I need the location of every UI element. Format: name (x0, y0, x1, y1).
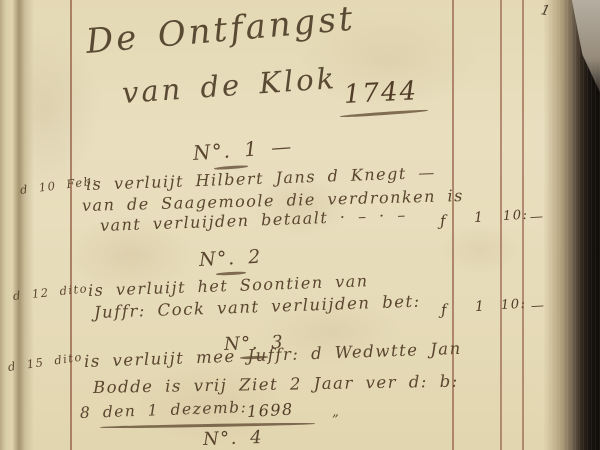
entry-1-amount-stuivers: 10: (503, 208, 529, 224)
title-line1: De Ontfangst (84, 0, 357, 62)
entry-3-line-3: 8 den 1 dezemb: (80, 398, 248, 422)
entry-2-number: N°. 2 (198, 246, 262, 271)
entry-2-amount-penningen: — (531, 298, 546, 314)
margin-rule-line (70, 0, 72, 450)
entry-1-amount-gulden: 1 (474, 209, 485, 226)
entry-3-underline (100, 422, 315, 428)
title-year-underline (340, 109, 428, 118)
entry-1-florin-sign: ƒ (440, 212, 448, 230)
entry-2-amount-gulden: 1 (475, 298, 486, 315)
entry-3-year: 1698 (247, 400, 295, 421)
title-line2: van de Klok (121, 61, 338, 110)
amount-column-line-2 (500, 0, 502, 450)
title-year: 1744 (343, 76, 419, 110)
entry-4-number: N°. 4 (203, 427, 264, 450)
entry-3-margin-mark: „ (332, 405, 341, 420)
page-gutter-fold (0, 0, 34, 450)
amount-column-line-3 (522, 0, 524, 450)
entry-3-line-2: Bodde is vrij Ziet 2 Jaar ver d: b: (93, 372, 459, 397)
entry-2-amount-stuivers: 10: (501, 297, 527, 313)
manuscript-page: 1 De Ontfangst van de Klok 1744 N°. 1 — … (0, 0, 600, 450)
entry-2-florin-sign: ƒ (441, 301, 449, 319)
entry-1-amount-penningen: — (530, 209, 545, 225)
entry-1-number: N°. 1 — (192, 134, 293, 165)
